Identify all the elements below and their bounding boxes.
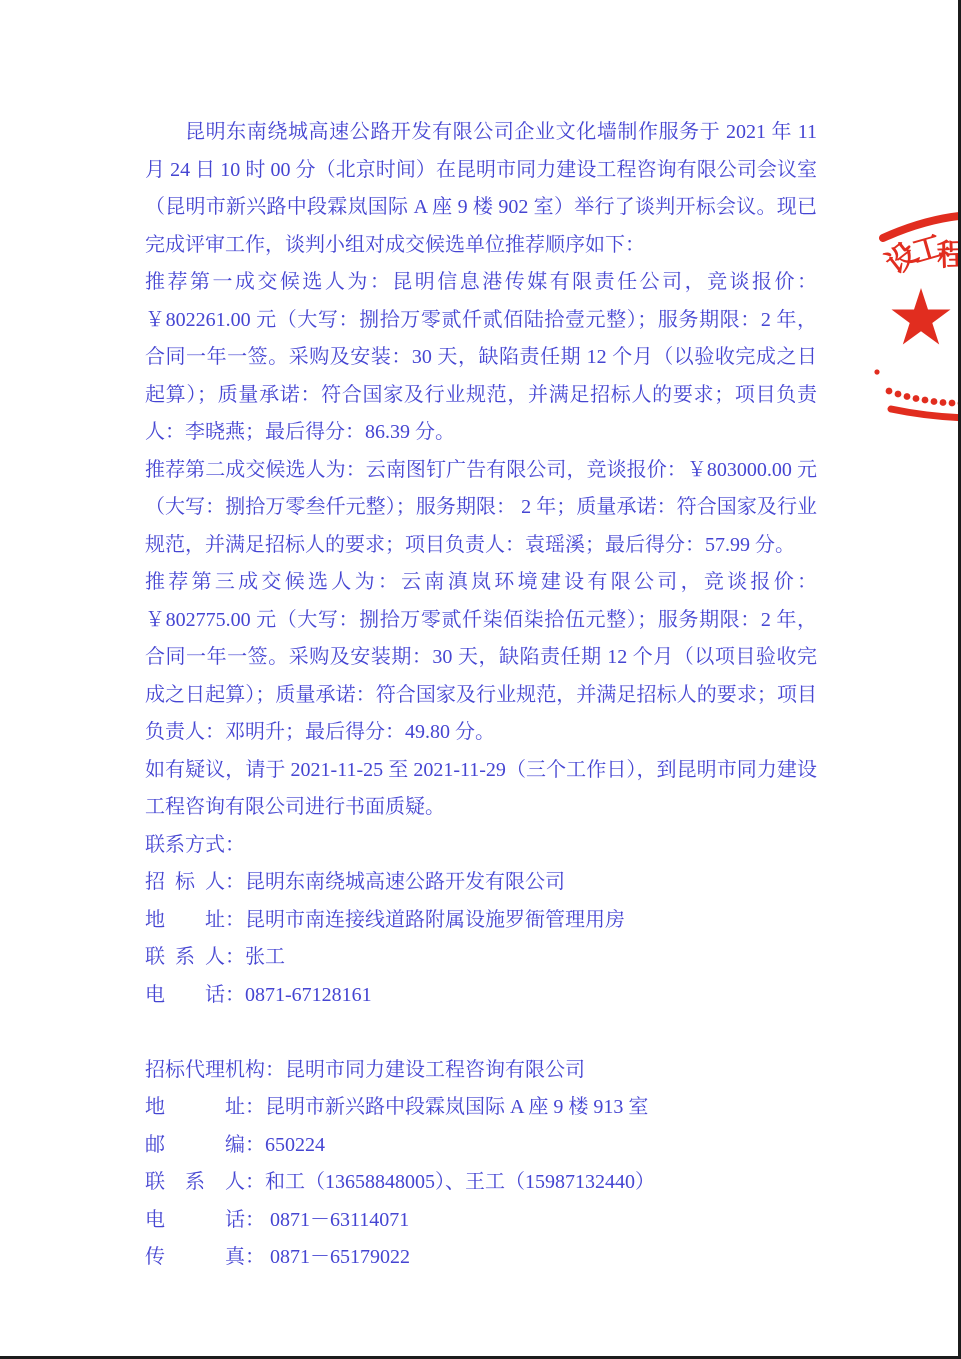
agency-fax-value: 0871－65179022 bbox=[265, 1246, 410, 1268]
agency-contact-row: 联 系 人：和工（13658848005）、王工（15987132440） bbox=[145, 1164, 817, 1202]
document-page: 昆明东南绕城高速公路开发有限公司企业文化墙制作服务于 2021 年 11 月 2… bbox=[0, 0, 961, 1359]
agency-address-label: 地 址： bbox=[145, 1096, 265, 1118]
seal-ring-top-arc bbox=[883, 215, 961, 238]
seal-star-icon bbox=[892, 288, 951, 345]
agency-phone-value: 0871－63114071 bbox=[265, 1209, 409, 1231]
tenderer-name-row: 招 标 人：昆明东南绕城高速公路开发有限公司 bbox=[145, 864, 817, 902]
seal-arc-char-2: 工 bbox=[909, 230, 947, 270]
seal-arc-char-1: 设 bbox=[880, 237, 924, 281]
tenderer-contact-value: 张工 bbox=[245, 946, 285, 968]
tenderer-phone-value: 0871-67128161 bbox=[245, 984, 372, 1006]
agency-fax-label: 传 真： bbox=[145, 1246, 265, 1268]
seal-ring-bottom-arc bbox=[891, 409, 961, 418]
agency-address-row: 地 址：昆明市新兴路中段霖岚国际 A 座 9 楼 913 室 bbox=[145, 1089, 817, 1127]
tenderer-name-value: 昆明东南绕城高速公路开发有限公司 bbox=[245, 871, 565, 893]
candidate-1-paragraph: 推荐第一成交候选人为：昆明信息港传媒有限责任公司，竞谈报价：￥802261.00… bbox=[145, 264, 817, 452]
blank-line bbox=[145, 1014, 817, 1052]
agency-contact-label: 联 系 人： bbox=[145, 1171, 265, 1193]
candidate-2-paragraph: 推荐第二成交候选人为：云南图钉广告有限公司，竞谈报价：￥803000.00 元（… bbox=[145, 452, 817, 565]
agency-phone-row: 电 话： 0871－63114071 bbox=[145, 1202, 817, 1240]
tenderer-address-label: 地 址： bbox=[145, 909, 245, 931]
agency-fax-row: 传 真： 0871－65179022 bbox=[145, 1239, 817, 1277]
agency-zipcode-label: 邮 编： bbox=[145, 1134, 265, 1156]
contact-heading: 联系方式： bbox=[145, 827, 817, 865]
agency-name-label: 招标代理机构： bbox=[145, 1059, 285, 1081]
document-body: 昆明东南绕城高速公路开发有限公司企业文化墙制作服务于 2021 年 11 月 2… bbox=[145, 114, 817, 1277]
tenderer-contact-label: 联 系 人： bbox=[145, 946, 245, 968]
candidate-3-paragraph: 推荐第三成交候选人为：云南滇岚环境建设有限公司，竞谈报价：￥802775.00 … bbox=[145, 564, 817, 752]
red-seal-stamp-icon: 设 工 程 bbox=[855, 198, 961, 433]
agency-zipcode-row: 邮 编：650224 bbox=[145, 1127, 817, 1165]
intro-paragraph: 昆明东南绕城高速公路开发有限公司企业文化墙制作服务于 2021 年 11 月 2… bbox=[145, 114, 817, 264]
tenderer-phone-label: 电 话： bbox=[145, 984, 245, 1006]
tenderer-address-row: 地 址：昆明市南连接线道路附属设施罗衙管理用房 bbox=[145, 902, 817, 940]
objection-paragraph: 如有疑议，请于 2021-11-25 至 2021-11-29（三个工作日），到… bbox=[145, 752, 817, 827]
tenderer-contact-row: 联 系 人：张工 bbox=[145, 939, 817, 977]
tenderer-address-value: 昆明市南连接线道路附属设施罗衙管理用房 bbox=[245, 909, 625, 931]
tenderer-phone-row: 电 话：0871-67128161 bbox=[145, 977, 817, 1015]
tenderer-name-label: 招 标 人： bbox=[145, 871, 245, 893]
agency-contact-value: 和工（13658848005）、王工（15987132440） bbox=[265, 1171, 655, 1193]
agency-name-value: 昆明市同力建设工程咨询有限公司 bbox=[285, 1059, 585, 1081]
agency-name-row: 招标代理机构：昆明市同力建设工程咨询有限公司 bbox=[145, 1052, 817, 1090]
seal-dotted-arc bbox=[886, 388, 961, 407]
seal-ink-dot bbox=[874, 369, 879, 374]
agency-zipcode-value: 650224 bbox=[265, 1134, 325, 1156]
agency-phone-label: 电 话： bbox=[145, 1209, 265, 1231]
agency-address-value: 昆明市新兴路中段霖岚国际 A 座 9 楼 913 室 bbox=[265, 1096, 648, 1118]
